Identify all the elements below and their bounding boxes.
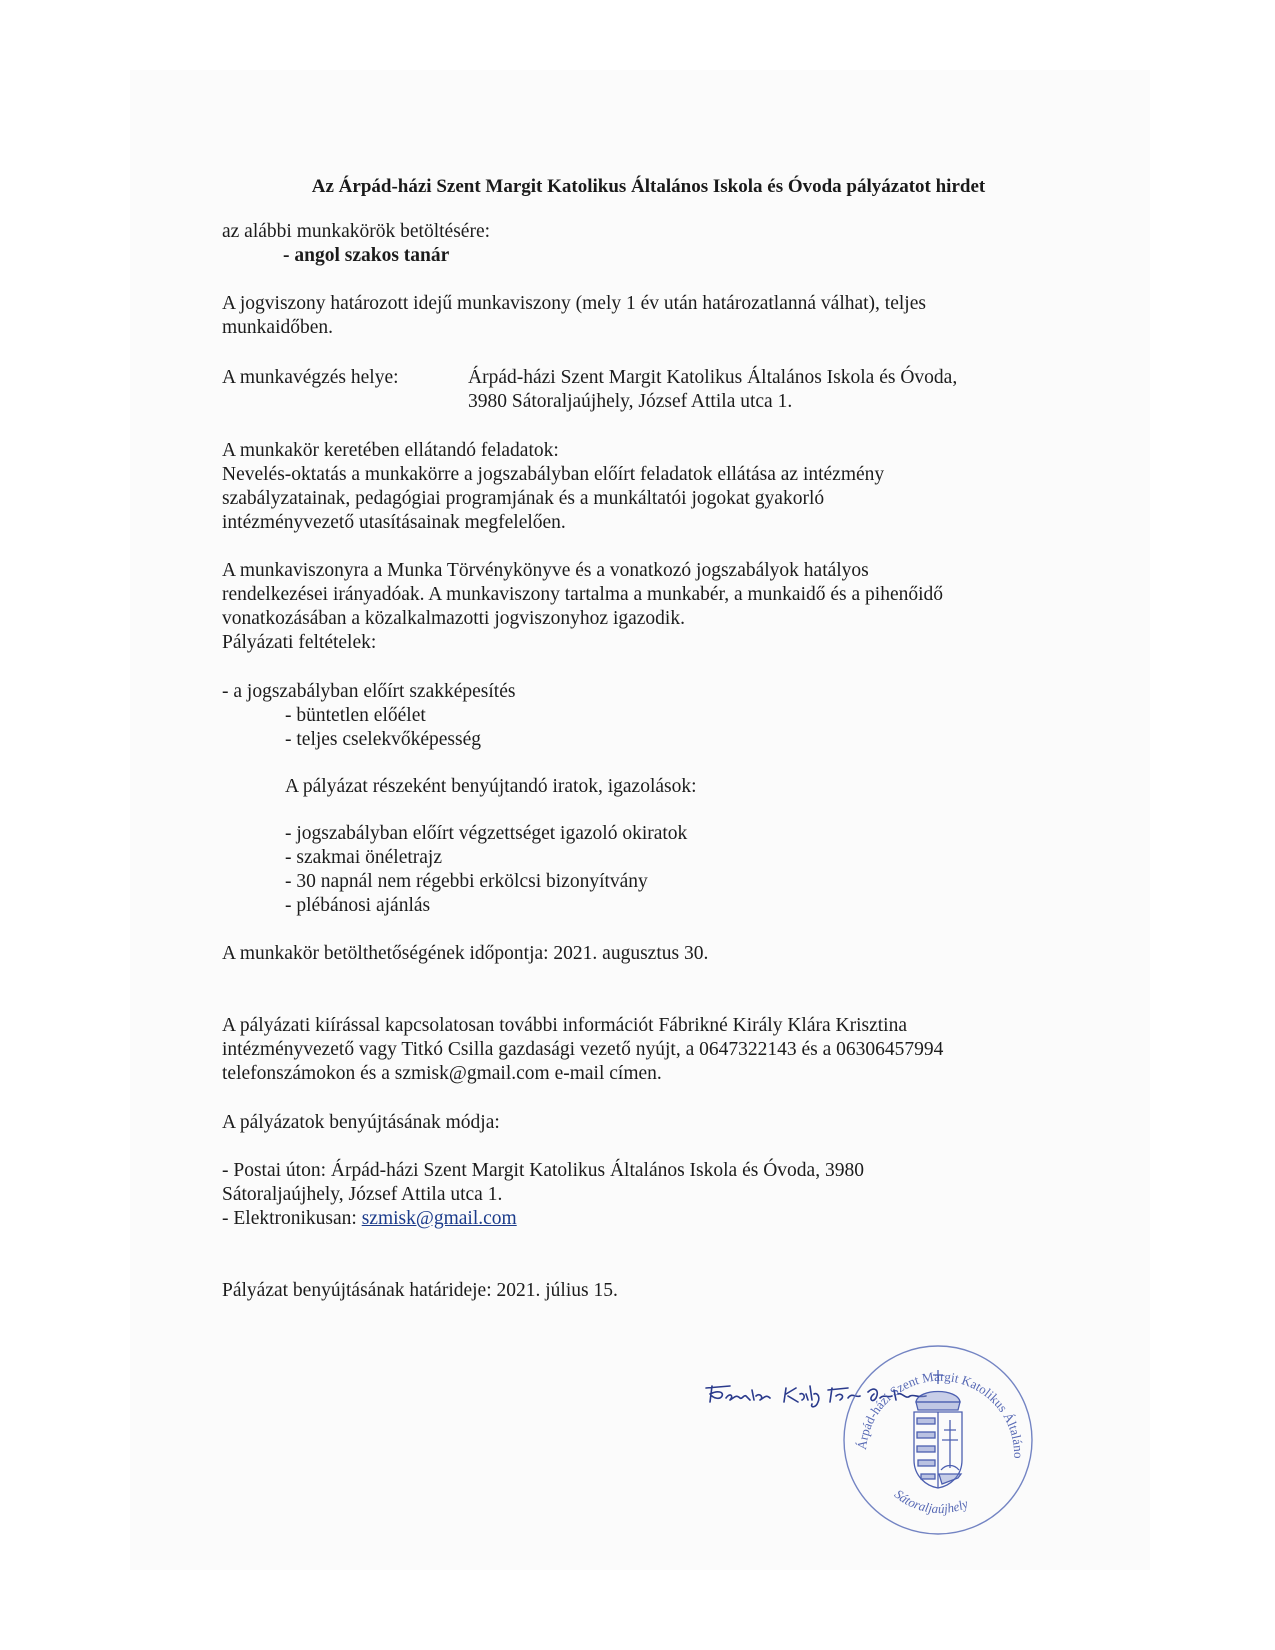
deadline: Pályázat benyújtásának határideje: 2021.… xyxy=(222,1279,618,1304)
document-item: - 30 napnál nem régebbi erkölcsi bizonyí… xyxy=(285,870,648,895)
document-item: - plébánosi ajánlás xyxy=(285,894,430,919)
condition-item: - büntetlen előélet xyxy=(285,704,426,729)
email-link[interactable]: szmisk@gmail.com xyxy=(362,1208,517,1229)
legal-line: rendelkezései irányadóak. A munkaviszony… xyxy=(222,583,943,608)
duties-line: Nevelés-oktatás a munkakörre a jogszabál… xyxy=(222,463,884,488)
document-title: Az Árpád-házi Szent Margit Katolikus Ált… xyxy=(0,176,1275,198)
employment-type-line2: munkaidőben. xyxy=(222,316,333,341)
document-item: - szakmai önéletrajz xyxy=(285,846,442,871)
workplace-line2: 3980 Sátoraljaújhely, József Attila utca… xyxy=(468,390,792,415)
duties-line: szabályzatainak, pedagógiai programjának… xyxy=(222,487,824,512)
submission-postal-line1: - Postai úton: Árpád-házi Szent Margit K… xyxy=(222,1159,864,1184)
document-item: - jogszabályban előírt végzettséget igaz… xyxy=(285,822,687,847)
contact-line: A pályázati kiírással kapcsolatosan tová… xyxy=(222,1014,907,1039)
workplace-line1: Árpád-házi Szent Margit Katolikus Általá… xyxy=(468,366,957,391)
contact-line: telefonszámokon és a szmisk@gmail.com e-… xyxy=(222,1062,662,1087)
submission-electronic: - Elektronikusan: szmisk@gmail.com xyxy=(222,1207,517,1232)
submission-electronic-label: - Elektronikusan: xyxy=(222,1208,362,1229)
legal-line: A munkaviszonyra a Munka Törvénykönyve é… xyxy=(222,559,869,584)
hungarian-coat-of-arms-icon xyxy=(914,1370,962,1488)
employment-type-line1: A jogviszony határozott idejű munkaviszo… xyxy=(222,292,926,317)
documents-heading: A pályázat részeként benyújtandó iratok,… xyxy=(285,775,697,800)
submission-heading: A pályázatok benyújtásának módja: xyxy=(222,1111,500,1136)
official-stamp: Árpád-házi Szent Margit Katolikus Általá… xyxy=(838,1340,1038,1540)
condition-item: - a jogszabályban előírt szakképesítés xyxy=(222,680,515,705)
duties-line: intézményvezető utasításainak megfelelőe… xyxy=(222,511,566,536)
workplace-label: A munkavégzés helye: xyxy=(222,366,399,391)
start-date: A munkakör betölthetőségének időpontja: … xyxy=(222,942,708,967)
position-text: - angol szakos tanár xyxy=(283,244,449,269)
legal-line: vonatkozásában a közalkalmazotti jogvisz… xyxy=(222,607,685,632)
intro-text: az alábbi munkakörök betöltésére: xyxy=(222,220,490,245)
duties-heading: A munkakör keretében ellátandó feladatok… xyxy=(222,439,559,464)
contact-line: intézményvezető vagy Titkó Csilla gazdas… xyxy=(222,1038,943,1063)
conditions-heading: Pályázati feltételek: xyxy=(222,631,376,656)
stamp-bottom-text: Sátoraljaújhely xyxy=(892,1486,971,1516)
condition-item: - teljes cselekvőképesség xyxy=(285,728,481,753)
submission-postal-line2: Sátoraljaújhely, József Attila utca 1. xyxy=(222,1183,502,1208)
svg-text:Sátoraljaújhely: Sátoraljaújhely xyxy=(892,1486,971,1516)
